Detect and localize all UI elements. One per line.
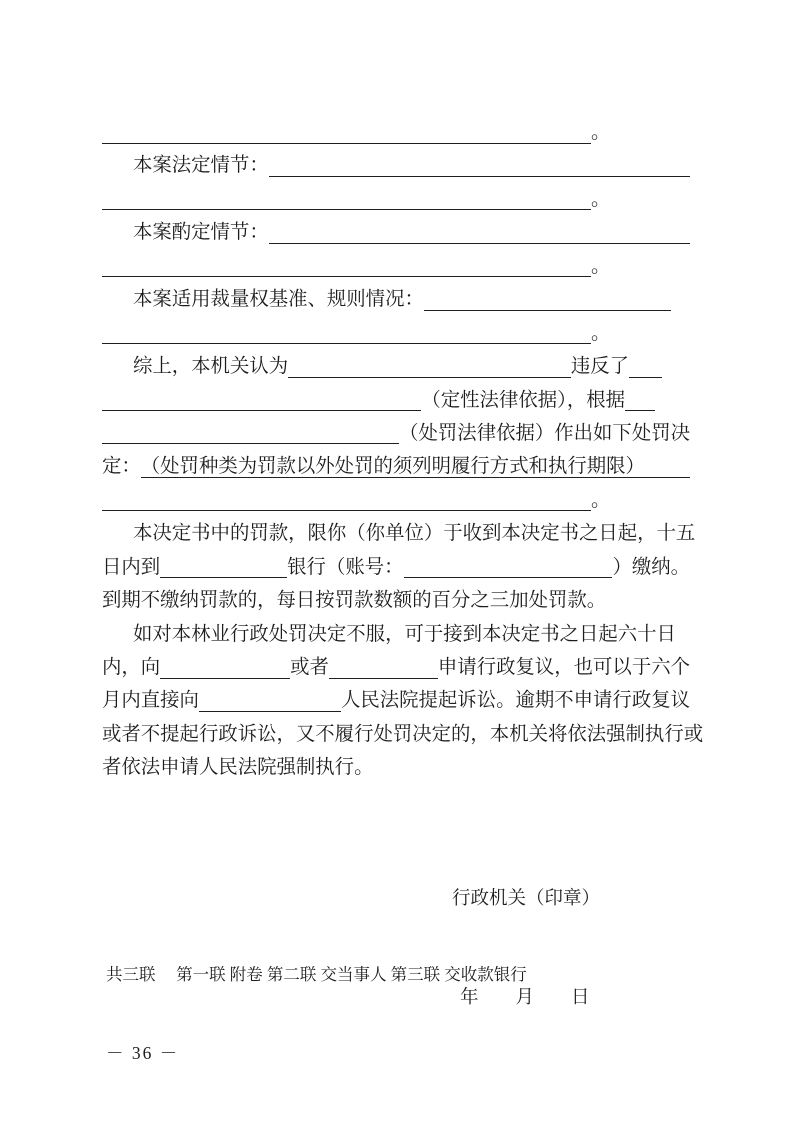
blank-field xyxy=(625,384,655,412)
account-number-blank-field xyxy=(404,551,613,579)
blank-field xyxy=(645,450,690,478)
blank-continuation-line: 。 xyxy=(102,250,690,283)
decision-prefix: 定： xyxy=(102,450,141,483)
blank-field xyxy=(102,250,591,278)
discretion-benchmark-line: 本案适用裁量权基准、规则情况： xyxy=(102,283,690,316)
appeal-line-1: 如对本林业行政处罚决定不服，可于接到本决定书之日起六十日 xyxy=(102,618,690,651)
appeal-text-2-prefix: 内，向 xyxy=(102,651,160,684)
late-fine-text: 到期不缴纳罚款的，每日按罚款数额的百分之三加处罚款。 xyxy=(102,584,606,617)
fine-payment-text: 本决定书中的罚款，限你（你单位）于收到本决定书之日起，十五 xyxy=(133,517,695,550)
sentence-end: 。 xyxy=(591,183,610,216)
signature-date: 年 月 日 xyxy=(452,982,600,1015)
appeal-text-3-prefix: 月内直接向 xyxy=(102,684,199,717)
document-page: 。 本案法定情节： 。 本案酌定情节： 。 本案适用裁量权基准、规则情况： 。 … xyxy=(0,0,793,1122)
fine-payment-line-3: 到期不缴纳罚款的，每日按罚款数额的百分之三加处罚款。 xyxy=(102,584,690,617)
discretionary-circumstances-label: 本案酌定情节： xyxy=(133,216,269,249)
blank-field xyxy=(102,484,591,512)
appeal-text-1: 如对本林业行政处罚决定不服，可于接到本决定书之日起六十日 xyxy=(133,618,676,651)
appeal-line-5: 者依法申请人民法院强制执行。 xyxy=(102,751,690,784)
review-organ-blank-field-2 xyxy=(329,651,438,679)
appeal-line-3: 月内直接向人民法院提起诉讼。逾期不申请行政复议 xyxy=(102,684,690,717)
page-number: － 36 － xyxy=(106,1042,179,1064)
signature-org-seal: 行政机关（印章） xyxy=(452,883,600,916)
qualitative-basis-line: （定性法律依据），根据 xyxy=(102,384,655,417)
blank-field xyxy=(269,216,690,244)
fine-payment-suffix: ）缴纳。 xyxy=(612,551,690,584)
bank-account-label: 银行（账号： xyxy=(287,551,403,584)
copies-note: 共三联 第一联 附卷 第二联 交当事人 第三联 交收款银行 xyxy=(106,964,527,986)
sentence-end: 。 xyxy=(591,250,610,283)
signature-block: 行政机关（印章） 年 月 日 xyxy=(452,817,600,1081)
fine-payment-bank-prefix: 日内到 xyxy=(102,551,160,584)
blank-continuation-line: 。 xyxy=(102,183,690,216)
qualitative-basis-note: （定性法律依据），根据 xyxy=(421,384,625,417)
violated-label: 违反了 xyxy=(571,350,629,383)
blank-field xyxy=(288,350,571,378)
sentence-end: 。 xyxy=(591,484,610,517)
blank-field xyxy=(629,350,662,378)
discretionary-circumstances-line: 本案酌定情节： xyxy=(102,216,690,249)
conclusion-prefix: 综上，本机关认为 xyxy=(133,350,288,383)
appeal-text-5: 者依法申请人民法院强制执行。 xyxy=(102,751,373,784)
appeal-line-4: 或者不提起行政诉讼，又不履行处罚决定的，本机关将依法强制执行或 xyxy=(102,718,690,751)
appeal-text-3-suffix: 人民法院提起诉讼。逾期不申请行政复议 xyxy=(341,684,690,717)
blank-field xyxy=(424,283,671,311)
blank-field xyxy=(102,116,591,144)
blank-continuation-line: 。 xyxy=(102,317,690,350)
penalty-basis-line: （处罚法律依据）作出如下处罚决 xyxy=(102,417,690,450)
blank-field xyxy=(269,149,690,177)
review-organ-blank-field xyxy=(160,651,290,679)
blank-continuation-line: 。 xyxy=(102,116,690,149)
blank-field xyxy=(102,183,591,211)
discretion-benchmark-label: 本案适用裁量权基准、规则情况： xyxy=(133,283,424,316)
statutory-circumstances-label: 本案法定情节： xyxy=(133,149,269,182)
fine-payment-line-1: 本决定书中的罚款，限你（你单位）于收到本决定书之日起，十五 xyxy=(102,517,690,550)
document-body: 。 本案法定情节： 。 本案酌定情节： 。 本案适用裁量权基准、规则情况： 。 … xyxy=(102,116,690,785)
sentence-end: 。 xyxy=(591,317,610,350)
blank-field xyxy=(102,317,591,345)
conclusion-line: 综上，本机关认为违反了 xyxy=(102,350,662,383)
statutory-circumstances-line: 本案法定情节： xyxy=(102,149,690,182)
decision-note-line: 定：（处罚种类为罚款以外处罚的须列明履行方式和执行期限） xyxy=(102,450,690,483)
penalty-basis-note: （处罚法律依据）作出如下处罚决 xyxy=(399,417,690,450)
fine-payment-line-2: 日内到银行（账号：）缴纳。 xyxy=(102,551,690,584)
bank-name-blank-field xyxy=(160,551,287,579)
appeal-or-label: 或者 xyxy=(290,651,329,684)
appeal-text-4: 或者不提起行政诉讼，又不履行处罚决定的，本机关将依法强制执行或 xyxy=(102,718,703,751)
sentence-end: 。 xyxy=(591,116,610,149)
blank-continuation-line: 。 xyxy=(102,484,690,517)
blank-field xyxy=(102,384,421,412)
decision-note-underlined: （处罚种类为罚款以外处罚的须列明履行方式和执行期限） xyxy=(141,450,645,478)
appeal-line-2: 内，向或者申请行政复议，也可以于六个 xyxy=(102,651,690,684)
appeal-text-2-suffix: 申请行政复议，也可以于六个 xyxy=(438,651,690,684)
court-name-blank-field xyxy=(199,684,341,712)
blank-field xyxy=(102,417,399,445)
